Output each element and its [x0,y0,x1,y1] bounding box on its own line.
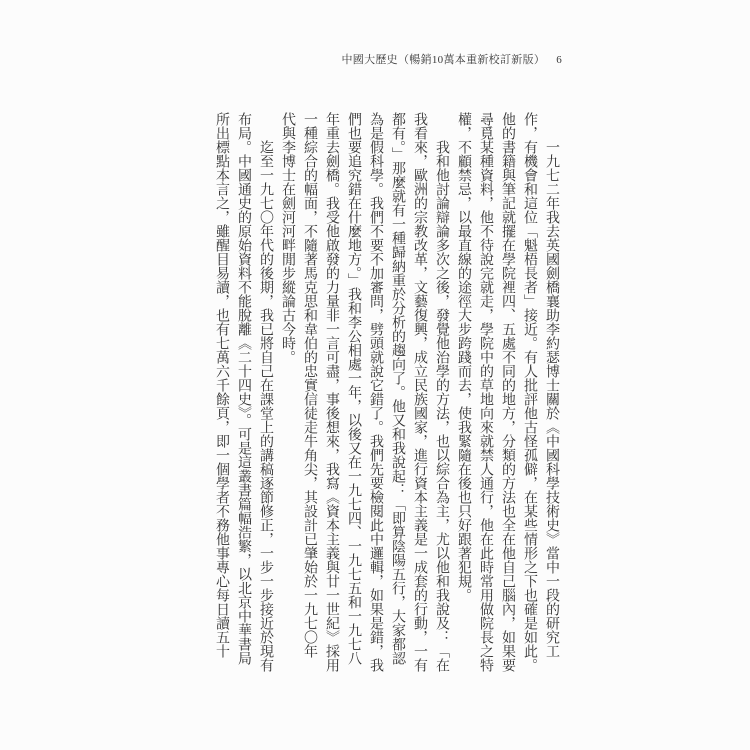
running-title: 中國大歷史（暢銷10萬本重新校訂新版） [341,54,545,66]
book-page: 中國大歷史（暢銷10萬本重新校訂新版）6 一九七二年我去英國劍橋襄助李約瑟博士關… [0,0,750,750]
running-head: 中國大歷史（暢銷10萬本重新校訂新版）6 [341,51,562,67]
text-column: 們也要追究錯在什麼地方。」我和李公相處一年，以後又在一九七四、一九七五和一九七八 [342,112,364,672]
text-column: 尋覓某種資料，他不待說完就走，學院中的草地向來就禁人通行，他在此時常用做院長之特 [474,112,496,672]
text-column: 代與李博士在劍河河畔閒步縱論古今時。 [276,112,298,672]
text-column: 我和他討論辯論多次之後，發覺他治學的方法，也以綜合為主，尤以他和我說及：「在 [430,112,452,672]
body-text-block: 一九七二年我去英國劍橋襄助李約瑟博士關於《中國科學技術史》當中一段的研究工作，有… [210,112,562,672]
page-number: 6 [556,54,562,66]
text-column: 他的書籍與筆記就擺在學院裡四、五處不同的地方，分類的方法也全在他自己腦內，如果要 [496,112,518,672]
text-column: 一種綜合的幅面，不隨著馬克思和韋伯的忠實信徒走牛角尖，其設計已肇始於一九七〇年 [298,112,320,672]
text-column: 權，不顧禁忌，以最直線的途徑大步跨踐而去，使我緊隨在後也只好跟著犯規。 [452,112,474,672]
text-column: 為是假科學。我們不要不加審問，劈頭就說它錯了。我們先要檢閱此中邏輯，如果是錯，我 [364,112,386,672]
text-column: 都有。」那麼就有一種歸納重於分析的趨向了。他又和我說起：「即算陰陽五行，大家都認 [386,112,408,672]
text-column: 一九七二年我去英國劍橋襄助李約瑟博士關於《中國科學技術史》當中一段的研究工 [540,112,562,672]
text-column: 我看來，歐洲的宗教改革，文藝復興，成立民族國家，進行資本主義是一成套的行動，一有 [408,112,430,672]
text-column: 所出標點本言之，雖醒目易讀，也有七萬六千餘頁，即一個學者不務他事專心每日讀五十 [210,112,232,672]
text-column: 年重去劍橋。我受他啟發的力量非一言可盡，事後想來，我寫《資本主義與廿一世紀》採用 [320,112,342,672]
text-column: 布局。中國通史的原始資料不能脫離《二十四史》。可是這叢書篇幅浩繁，以北京中華書局 [232,112,254,672]
text-column: 迄至一九七〇年代的後期，我已將自己在課堂上的講稿逐節修正，一步一步接近於現有 [254,112,276,672]
text-column: 作，有機會和這位「魁梧長者」接近。有人批評他古怪孤僻，在某些情形之下也確是如此。 [518,112,540,672]
